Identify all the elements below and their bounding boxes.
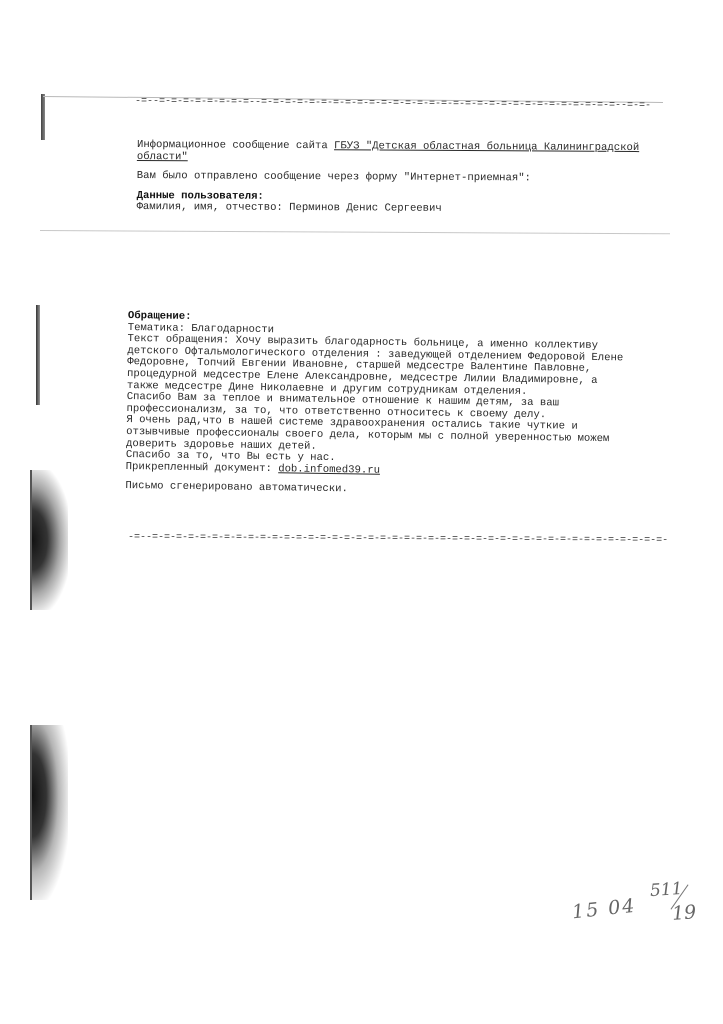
appeal-section: Обращение: Тематика: Благодарности Текст…: [125, 311, 624, 500]
separator-top: -=--=-=-=-=-=-=-=-=--=-=-=-=-=-=-=-=-=-=…: [135, 96, 651, 112]
full-name-label: Фамилия, имя, отчество:: [137, 201, 283, 214]
message-header: Информационное сообщение сайта ГБУЗ "Дет…: [137, 140, 640, 217]
full-name-line: Фамилия, имя, отчество: Перминов Денис С…: [137, 202, 639, 217]
attachment-link[interactable]: dob.infomed39.ru: [278, 463, 380, 477]
handwritten-year: 19: [671, 901, 697, 925]
handwritten-annotation: 15 04 511 19: [572, 880, 712, 930]
scan-edge-artifact: [36, 305, 40, 405]
handwritten-date: 15 04: [571, 895, 637, 924]
paper-fold-line: [40, 230, 670, 234]
scan-edge-artifact: [41, 94, 45, 140]
separator-bottom: -=--=-=-=-=-=-=-=-=-=-=-=-=-=-=-=-=-=-=-…: [128, 532, 668, 546]
site-name-link[interactable]: ГБУЗ "Детская областная больница Калинин…: [334, 140, 639, 154]
scan-smear-artifact: [32, 470, 68, 610]
scan-smear-artifact: [32, 725, 68, 900]
scanned-page: -=--=-=-=-=-=-=-=-=--=-=-=-=-=-=-=-=-=-=…: [0, 0, 723, 1024]
attachment-label: Прикрепленный документ:: [126, 461, 272, 475]
full-name-value: Перминов Денис Сергеевич: [289, 202, 442, 215]
